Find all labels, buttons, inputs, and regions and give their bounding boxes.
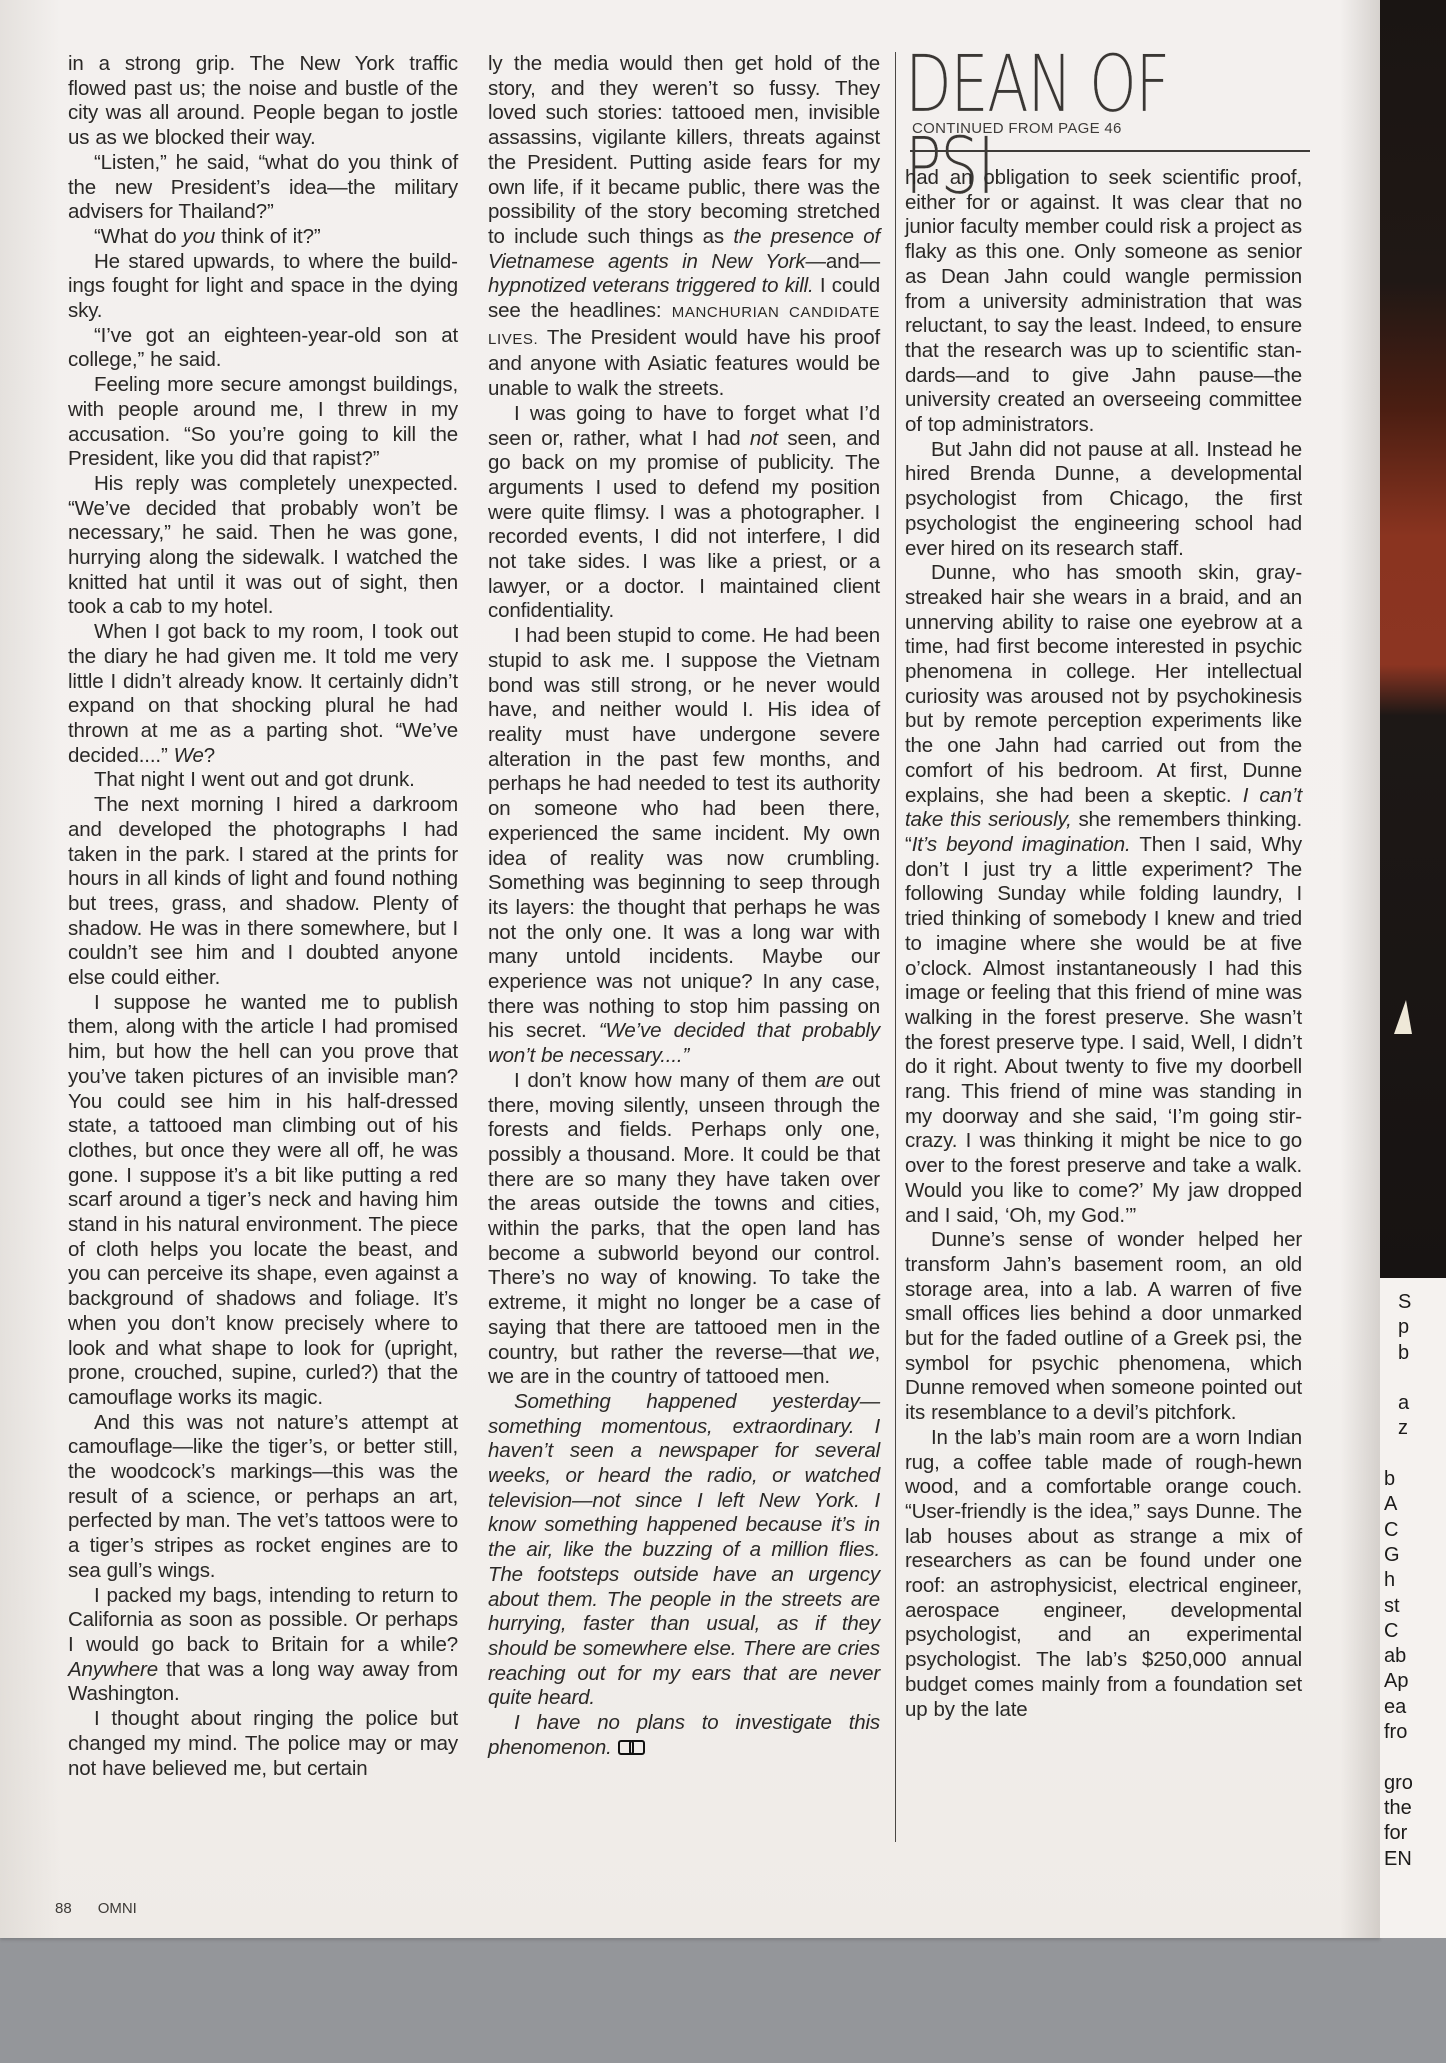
text-fragment: p — [1380, 1315, 1446, 1340]
text-fragment: G — [1380, 1543, 1446, 1568]
paragraph: Something happened yesterday—something m… — [488, 1390, 880, 1711]
paragraph: “Listen,” he said, “what do you think of… — [68, 151, 458, 225]
facing-page-edge: Spb az bACGhstCabApeafro grotheforEN — [1380, 0, 1446, 1938]
paragraph: His reply was completely unexpect­ed. “W… — [68, 472, 458, 620]
facing-text-fragments: Spb az bACGhstCabApeafro grotheforEN — [1380, 1290, 1446, 1872]
omni-end-mark-icon — [618, 1740, 646, 1755]
paragraph: I don’t know how many of them are out th… — [488, 1069, 880, 1390]
paragraph: I thought about ringing the police but c… — [68, 1707, 458, 1781]
paragraph: Dunne, who has smooth skin, gray-streake… — [905, 561, 1302, 1228]
text-fragment: h — [1380, 1568, 1446, 1593]
paragraph: I was going to have to forget what I’d s… — [488, 402, 880, 624]
text-fragment: C — [1380, 1518, 1446, 1543]
binding-shadow — [1340, 0, 1380, 1938]
paragraph: I had been stupid to come. He had been s… — [488, 624, 880, 1069]
text-fragment: gro — [1380, 1771, 1446, 1796]
text-fragment — [1380, 1366, 1446, 1391]
photo-highlight — [1394, 1000, 1412, 1034]
text-fragment: the — [1380, 1796, 1446, 1821]
paragraph: ly the media would then get hold of the … — [488, 52, 880, 402]
text-fragment: b — [1380, 1341, 1446, 1366]
paragraph: Dunne’s sense of wonder helped her trans… — [905, 1228, 1302, 1426]
text-fragment: S — [1380, 1290, 1446, 1315]
text-fragment: EN — [1380, 1847, 1446, 1872]
paragraph: had an obligation to seek scientific pro… — [905, 166, 1302, 438]
paragraph: “I’ve got an eighteen-year-old son at co… — [68, 324, 458, 373]
text-fragment: z — [1380, 1416, 1446, 1441]
text-fragment: st — [1380, 1594, 1446, 1619]
page-footer: 88OMNI — [55, 1900, 163, 1917]
paragraph: I suppose he wanted me to publish them, … — [68, 991, 458, 1411]
magazine-page: in a strong grip. The New York traffic f… — [0, 0, 1380, 1938]
text-fragment: ab — [1380, 1644, 1446, 1669]
paragraph: in a strong grip. The New York traffic f… — [68, 52, 458, 151]
paragraph: I packed my bags, intending to re­turn t… — [68, 1584, 458, 1708]
page-number: 88 — [55, 1900, 72, 1917]
paragraph: “What do you think of it?” — [68, 225, 458, 250]
text-fragment: ea — [1380, 1695, 1446, 1720]
text-column-3: had an obligation to seek scientific pro… — [905, 166, 1302, 1722]
continued-from-label: CONTINUED FROM PAGE 46 — [912, 120, 1122, 137]
paragraph: That night I went out and got drunk. — [68, 768, 458, 793]
paragraph: In the lab’s main room are a worn In­dia… — [905, 1426, 1302, 1722]
paragraph: And this was not nature’s attempt at cam… — [68, 1411, 458, 1584]
paragraph: When I got back to my room, I took out t… — [68, 620, 458, 768]
text-fragment — [1380, 1745, 1446, 1770]
column-divider — [895, 52, 896, 1842]
paragraph: But Jahn did not pause at all. Instead h… — [905, 438, 1302, 562]
text-fragment: fro — [1380, 1720, 1446, 1745]
text-column-1: in a strong grip. The New York traffic f… — [68, 52, 458, 1781]
text-fragment: Ap — [1380, 1669, 1446, 1694]
text-fragment: for — [1380, 1821, 1446, 1846]
paragraph: Feeling more secure amongst build­ings, … — [68, 373, 458, 472]
paragraph: He stared upwards, to where the build­in… — [68, 250, 458, 324]
paragraph: I have no plans to investigate this phen… — [488, 1711, 880, 1760]
text-fragment: A — [1380, 1492, 1446, 1517]
title-rule — [910, 150, 1310, 152]
facing-photo — [1380, 0, 1446, 1278]
text-fragment: a — [1380, 1391, 1446, 1416]
text-column-2: ly the media would then get hold of the … — [488, 52, 880, 1761]
text-fragment: C — [1380, 1619, 1446, 1644]
magazine-name: OMNI — [98, 1900, 137, 1917]
text-fragment: b — [1380, 1467, 1446, 1492]
text-fragment — [1380, 1442, 1446, 1467]
paragraph: The next morning I hired a darkroom and … — [68, 793, 458, 991]
